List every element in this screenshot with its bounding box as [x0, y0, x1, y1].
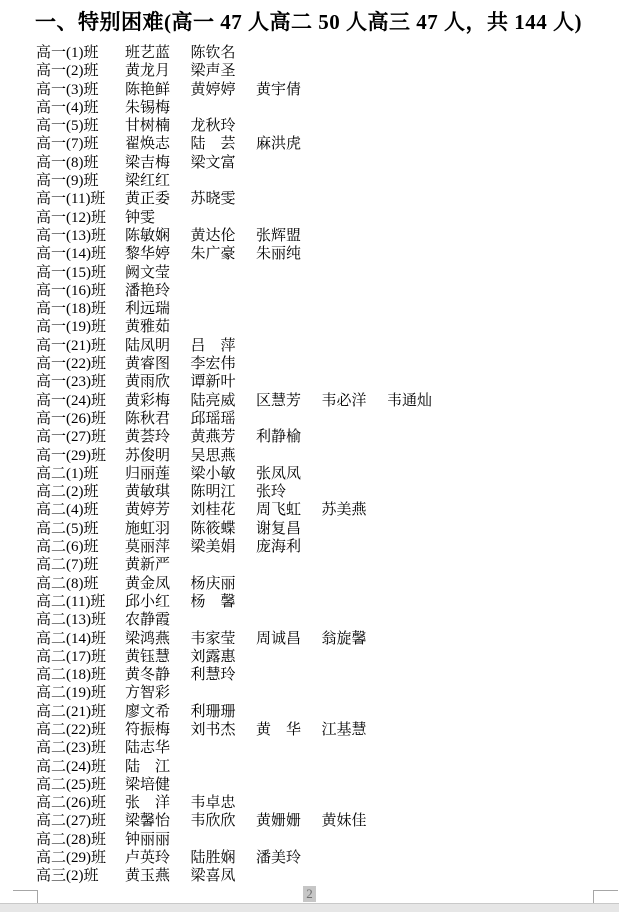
student-name [322, 209, 388, 227]
class-label: 高二(7)班 [36, 556, 125, 574]
student-name [387, 282, 453, 300]
student-name [256, 648, 322, 666]
student-name [387, 703, 453, 721]
student-name: 黄睿图 [125, 355, 191, 373]
student-name [322, 282, 388, 300]
student-name: 朱丽纯 [256, 245, 322, 263]
student-name: 钟丽丽 [125, 831, 191, 849]
student-name [322, 410, 388, 428]
student-name: 莫丽萍 [125, 538, 191, 556]
class-label: 高二(24)班 [36, 758, 125, 776]
student-name [322, 556, 388, 574]
student-name [322, 190, 388, 208]
student-name: 刘书杰 [191, 721, 257, 739]
student-name: 刘露惠 [191, 648, 257, 666]
roster-row: 高一(4)班 朱锡梅 [36, 99, 453, 117]
student-name [387, 245, 453, 263]
student-name [322, 373, 388, 391]
class-label: 高一(22)班 [36, 355, 125, 373]
student-name [387, 721, 453, 739]
student-name: 黄新严 [125, 556, 191, 574]
roster-row: 高一(13)班 陈敏娴 黄达伦 张辉盟 [36, 227, 453, 245]
student-name: 陆 芸 [191, 135, 257, 153]
student-name [322, 703, 388, 721]
student-name: 黄敏琪 [125, 483, 191, 501]
student-name [191, 684, 257, 702]
roster-row: 高二(23)班 陆志华 [36, 739, 453, 757]
class-label: 高一(5)班 [36, 117, 125, 135]
student-name [191, 318, 257, 336]
class-label: 高一(23)班 [36, 373, 125, 391]
class-label: 高一(15)班 [36, 264, 125, 282]
class-label: 高一(21)班 [36, 337, 125, 355]
student-name [322, 135, 388, 153]
student-name: 符振梅 [125, 721, 191, 739]
student-name [387, 62, 453, 80]
page-bottom-edge [0, 903, 619, 912]
class-label: 高一(16)班 [36, 282, 125, 300]
roster-row: 高一(26)班 陈秋君 邱瑶瑶 [36, 410, 453, 428]
student-name: 谢复昌 [256, 520, 322, 538]
student-name: 梁鸿燕 [125, 630, 191, 648]
student-name [387, 300, 453, 318]
student-name: 黄冬静 [125, 666, 191, 684]
roster-row: 高一(5)班 甘树楠 龙秋玲 [36, 117, 453, 135]
student-name [256, 410, 322, 428]
class-label: 高二(1)班 [36, 465, 125, 483]
student-name: 农静霞 [125, 611, 191, 629]
student-name: 黄彩梅 [125, 392, 191, 410]
class-label: 高一(12)班 [36, 209, 125, 227]
student-name: 吴思燕 [191, 447, 257, 465]
student-name [387, 337, 453, 355]
student-name: 黄荟玲 [125, 428, 191, 446]
student-name [387, 465, 453, 483]
class-label: 高二(4)班 [36, 501, 125, 519]
student-name: 张辉盟 [256, 227, 322, 245]
student-name: 张玲 [256, 483, 322, 501]
class-label: 高二(25)班 [36, 776, 125, 794]
student-name [322, 776, 388, 794]
student-name [322, 227, 388, 245]
student-name [387, 410, 453, 428]
student-name: 刘桂花 [191, 501, 257, 519]
student-name [256, 611, 322, 629]
student-name [322, 172, 388, 190]
student-name [387, 593, 453, 611]
roster-row: 高一(9)班 梁红红 [36, 172, 453, 190]
student-name [191, 831, 257, 849]
student-name [322, 739, 388, 757]
roster-row: 高三(2)班 黄玉燕 梁喜凤 [36, 867, 453, 885]
student-name: 梁喜凤 [191, 867, 257, 885]
class-label: 高二(11)班 [36, 593, 125, 611]
student-name [322, 648, 388, 666]
student-name [387, 666, 453, 684]
roster-row: 高二(14)班 梁鸿燕 韦家莹 周诚昌 翁旋馨 [36, 630, 453, 648]
student-name [322, 593, 388, 611]
student-name [191, 739, 257, 757]
student-name [256, 593, 322, 611]
student-name: 梁培健 [125, 776, 191, 794]
student-name: 黄燕芳 [191, 428, 257, 446]
student-name [256, 62, 322, 80]
student-name: 梁声圣 [191, 62, 257, 80]
student-name [387, 227, 453, 245]
student-name [387, 135, 453, 153]
student-name [387, 849, 453, 867]
roster-row: 高一(11)班 黄正委 苏晓雯 [36, 190, 453, 208]
student-name [256, 264, 322, 282]
student-name [256, 117, 322, 135]
student-name: 陈明江 [191, 483, 257, 501]
roster-row: 高二(19)班 方智彩 [36, 684, 453, 702]
roster-row: 高一(23)班 黄雨欣 谭新叶 [36, 373, 453, 391]
student-name: 张凤凤 [256, 465, 322, 483]
student-name: 区慧芳 [256, 392, 322, 410]
roster-row: 高一(3)班 陈艳鲜 黄婷婷 黄宇倩 [36, 81, 453, 99]
student-name: 杨庆丽 [191, 575, 257, 593]
roster-row: 高一(1)班 班艺蓝 陈钦名 [36, 44, 453, 62]
roster-row: 高二(28)班 钟丽丽 [36, 831, 453, 849]
roster: 高一(1)班 班艺蓝 陈钦名 高一(2)班 黄龙月 梁声圣 高一(3)班 陈艳鲜… [36, 44, 453, 886]
student-name: 韦欣欣 [191, 812, 257, 830]
student-name: 韦必洋 [322, 392, 388, 410]
student-name: 陆 江 [125, 758, 191, 776]
student-name [322, 264, 388, 282]
student-name [322, 318, 388, 336]
student-name: 庞海利 [256, 538, 322, 556]
student-name [256, 447, 322, 465]
class-label: 高一(9)班 [36, 172, 125, 190]
student-name [256, 575, 322, 593]
student-name [387, 44, 453, 62]
student-name [322, 538, 388, 556]
roster-row: 高二(6)班 莫丽萍 梁美娟 庞海利 [36, 538, 453, 556]
student-name: 翁旋馨 [322, 630, 388, 648]
student-name [387, 520, 453, 538]
roster-row: 高二(8)班 黄金凤 杨庆丽 [36, 575, 453, 593]
roster-row: 高二(4)班 黄婷芳 刘桂花 周飞虹 苏美燕 [36, 501, 453, 519]
student-name: 黄钰慧 [125, 648, 191, 666]
student-name [322, 831, 388, 849]
class-label: 高一(24)班 [36, 392, 125, 410]
student-name [387, 373, 453, 391]
student-name: 钟雯 [125, 209, 191, 227]
class-label: 高一(1)班 [36, 44, 125, 62]
student-name [256, 172, 322, 190]
student-name [322, 794, 388, 812]
student-name [256, 794, 322, 812]
student-name [191, 264, 257, 282]
student-name: 潘艳玲 [125, 282, 191, 300]
student-name: 施虹羽 [125, 520, 191, 538]
student-name: 陈秋君 [125, 410, 191, 428]
student-name [256, 739, 322, 757]
student-name: 梁馨怡 [125, 812, 191, 830]
class-label: 高二(18)班 [36, 666, 125, 684]
student-name [387, 556, 453, 574]
class-label: 高二(2)班 [36, 483, 125, 501]
class-label: 高一(18)班 [36, 300, 125, 318]
roster-row: 高一(8)班 梁吉梅 梁文富 [36, 154, 453, 172]
roster-row: 高二(27)班 梁馨怡 韦欣欣 黄姗姗 黄妹佳 [36, 812, 453, 830]
student-name [322, 337, 388, 355]
student-name: 苏晓雯 [191, 190, 257, 208]
roster-row: 高一(14)班 黎华婷 朱广豪 朱丽纯 [36, 245, 453, 263]
student-name [256, 300, 322, 318]
student-name: 黎华婷 [125, 245, 191, 263]
student-name [387, 739, 453, 757]
student-name: 黄龙月 [125, 62, 191, 80]
student-name: 麻洪虎 [256, 135, 322, 153]
student-name: 吕 萍 [191, 337, 257, 355]
class-label: 高二(19)班 [36, 684, 125, 702]
student-name: 周诚昌 [256, 630, 322, 648]
class-label: 高二(28)班 [36, 831, 125, 849]
student-name: 黄宇倩 [256, 81, 322, 99]
roster-row: 高二(24)班 陆 江 [36, 758, 453, 776]
student-name: 邱瑶瑶 [191, 410, 257, 428]
student-name [387, 501, 453, 519]
class-label: 高一(26)班 [36, 410, 125, 428]
roster-row: 高二(26)班 张 洋 韦卓忠 [36, 794, 453, 812]
class-label: 高二(5)班 [36, 520, 125, 538]
roster-row: 高一(15)班 阙文莹 [36, 264, 453, 282]
student-name [387, 117, 453, 135]
student-name: 杨 馨 [191, 593, 257, 611]
student-name: 陆志华 [125, 739, 191, 757]
student-name: 利珊珊 [191, 703, 257, 721]
student-name [322, 154, 388, 172]
student-name [387, 154, 453, 172]
student-name: 翟焕志 [125, 135, 191, 153]
student-name [387, 684, 453, 702]
student-name [256, 99, 322, 117]
student-name [322, 465, 388, 483]
roster-row: 高一(2)班 黄龙月 梁声圣 [36, 62, 453, 80]
student-name: 陆亮威 [191, 392, 257, 410]
student-name: 利远瑞 [125, 300, 191, 318]
student-name: 梁美娟 [191, 538, 257, 556]
word-document-page: 一、特别困难(高一 47 人高二 50 人高三 47 人，共 144 人) 高一… [0, 0, 619, 912]
roster-row: 高二(18)班 黄冬静 利慧玲 [36, 666, 453, 684]
student-name: 陆胜娴 [191, 849, 257, 867]
student-name [387, 264, 453, 282]
student-name [387, 99, 453, 117]
roster-row: 高一(18)班 利远瑞 [36, 300, 453, 318]
student-name [387, 630, 453, 648]
student-name [322, 62, 388, 80]
student-name: 黄玉燕 [125, 867, 191, 885]
roster-row: 高一(7)班 翟焕志 陆 芸 麻洪虎 [36, 135, 453, 153]
class-label: 高二(29)班 [36, 849, 125, 867]
student-name [387, 794, 453, 812]
student-name: 黄雨欣 [125, 373, 191, 391]
roster-row: 高一(27)班 黄荟玲 黄燕芳 利静榆 [36, 428, 453, 446]
page-number-field: 2 [303, 886, 316, 902]
student-name [322, 849, 388, 867]
student-name: 黄姗姗 [256, 812, 322, 830]
student-name [256, 666, 322, 684]
student-name [387, 776, 453, 794]
student-name [387, 81, 453, 99]
student-name: 黄婷芳 [125, 501, 191, 519]
student-name: 廖文希 [125, 703, 191, 721]
student-name: 黄达伦 [191, 227, 257, 245]
roster-row: 高一(16)班 潘艳玲 [36, 282, 453, 300]
student-name [387, 575, 453, 593]
student-name [322, 355, 388, 373]
student-name [322, 520, 388, 538]
student-name: 苏美燕 [322, 501, 388, 519]
class-label: 高一(4)班 [36, 99, 125, 117]
student-name [191, 776, 257, 794]
class-label: 高二(22)班 [36, 721, 125, 739]
student-name: 苏俊明 [125, 447, 191, 465]
student-name [387, 538, 453, 556]
student-name [322, 117, 388, 135]
student-name: 张 洋 [125, 794, 191, 812]
class-label: 高三(2)班 [36, 867, 125, 885]
student-name [322, 428, 388, 446]
student-name [256, 44, 322, 62]
roster-row: 高二(17)班 黄钰慧 刘露惠 [36, 648, 453, 666]
student-name [387, 812, 453, 830]
roster-row: 高二(25)班 梁培健 [36, 776, 453, 794]
student-name: 梁红红 [125, 172, 191, 190]
student-name [387, 483, 453, 501]
student-name [191, 209, 257, 227]
class-label: 高一(13)班 [36, 227, 125, 245]
class-label: 高二(21)班 [36, 703, 125, 721]
student-name [387, 209, 453, 227]
student-name [256, 337, 322, 355]
student-name [256, 190, 322, 208]
roster-row: 高二(29)班 卢英玲 陆胜娴 潘美玲 [36, 849, 453, 867]
student-name [256, 373, 322, 391]
student-name: 韦通灿 [387, 392, 453, 410]
student-name [256, 703, 322, 721]
student-name [387, 758, 453, 776]
student-name [387, 172, 453, 190]
roster-row: 高一(24)班 黄彩梅 陆亮威 区慧芳 韦必洋 韦通灿 [36, 392, 453, 410]
student-name [322, 99, 388, 117]
student-name [387, 648, 453, 666]
student-name: 邱小红 [125, 593, 191, 611]
class-label: 高一(8)班 [36, 154, 125, 172]
class-label: 高一(2)班 [36, 62, 125, 80]
student-name [191, 611, 257, 629]
student-name: 卢英玲 [125, 849, 191, 867]
student-name: 陈艳鲜 [125, 81, 191, 99]
section-title: 一、特别困难(高一 47 人高二 50 人高三 47 人，共 144 人) [35, 6, 609, 36]
student-name [191, 758, 257, 776]
class-label: 高二(6)班 [36, 538, 125, 556]
class-label: 高一(27)班 [36, 428, 125, 446]
class-label: 高二(17)班 [36, 648, 125, 666]
class-label: 高一(19)班 [36, 318, 125, 336]
class-label: 高二(14)班 [36, 630, 125, 648]
student-name: 黄雅茹 [125, 318, 191, 336]
student-name: 方智彩 [125, 684, 191, 702]
student-name: 陈筱蝶 [191, 520, 257, 538]
roster-row: 高二(7)班 黄新严 [36, 556, 453, 574]
student-name: 黄金凤 [125, 575, 191, 593]
student-name: 江基慧 [322, 721, 388, 739]
student-name: 朱广豪 [191, 245, 257, 263]
class-label: 高二(23)班 [36, 739, 125, 757]
student-name [256, 209, 322, 227]
student-name: 利慧玲 [191, 666, 257, 684]
student-name [387, 867, 453, 885]
student-name [387, 190, 453, 208]
roster-row: 高二(11)班 邱小红 杨 馨 [36, 593, 453, 611]
student-name: 龙秋玲 [191, 117, 257, 135]
student-name [322, 245, 388, 263]
class-label: 高二(8)班 [36, 575, 125, 593]
student-name [191, 282, 257, 300]
student-name [256, 154, 322, 172]
student-name [256, 684, 322, 702]
student-name [322, 684, 388, 702]
student-name: 周飞虹 [256, 501, 322, 519]
student-name [322, 300, 388, 318]
class-label: 高一(3)班 [36, 81, 125, 99]
student-name: 朱锡梅 [125, 99, 191, 117]
student-name: 陈钦名 [191, 44, 257, 62]
class-label: 高一(29)班 [36, 447, 125, 465]
student-name [387, 831, 453, 849]
student-name: 韦卓忠 [191, 794, 257, 812]
page-footer: 2 [0, 885, 619, 903]
roster-row: 高二(13)班 农静霞 [36, 611, 453, 629]
student-name: 黄 华 [256, 721, 322, 739]
student-name: 阙文莹 [125, 264, 191, 282]
roster-row: 高二(2)班 黄敏琪 陈明江 张玲 [36, 483, 453, 501]
roster-row: 高二(21)班 廖文希 利珊珊 [36, 703, 453, 721]
student-name: 班艺蓝 [125, 44, 191, 62]
student-name [322, 81, 388, 99]
student-name: 梁吉梅 [125, 154, 191, 172]
student-name [322, 575, 388, 593]
student-name [256, 867, 322, 885]
student-name: 归丽莲 [125, 465, 191, 483]
student-name [387, 428, 453, 446]
student-name [256, 355, 322, 373]
class-label: 高二(13)班 [36, 611, 125, 629]
student-name [322, 447, 388, 465]
student-name [387, 611, 453, 629]
student-name: 梁文富 [191, 154, 257, 172]
student-name [387, 447, 453, 465]
roster-row: 高一(12)班 钟雯 [36, 209, 453, 227]
roster-row: 高二(1)班 归丽莲 梁小敏 张凤凤 [36, 465, 453, 483]
student-name [191, 172, 257, 190]
student-name: 韦家莹 [191, 630, 257, 648]
student-name: 陆凤明 [125, 337, 191, 355]
class-label: 高二(27)班 [36, 812, 125, 830]
roster-row: 高二(22)班 符振梅 刘书杰 黄 华 江基慧 [36, 721, 453, 739]
roster-row: 高二(5)班 施虹羽 陈筱蝶 谢复昌 [36, 520, 453, 538]
student-name [256, 282, 322, 300]
student-name: 利静榆 [256, 428, 322, 446]
student-name [191, 556, 257, 574]
roster-row: 高一(19)班 黄雅茹 [36, 318, 453, 336]
student-name: 谭新叶 [191, 373, 257, 391]
roster-row: 高一(22)班 黄睿图 李宏伟 [36, 355, 453, 373]
student-name: 黄正委 [125, 190, 191, 208]
